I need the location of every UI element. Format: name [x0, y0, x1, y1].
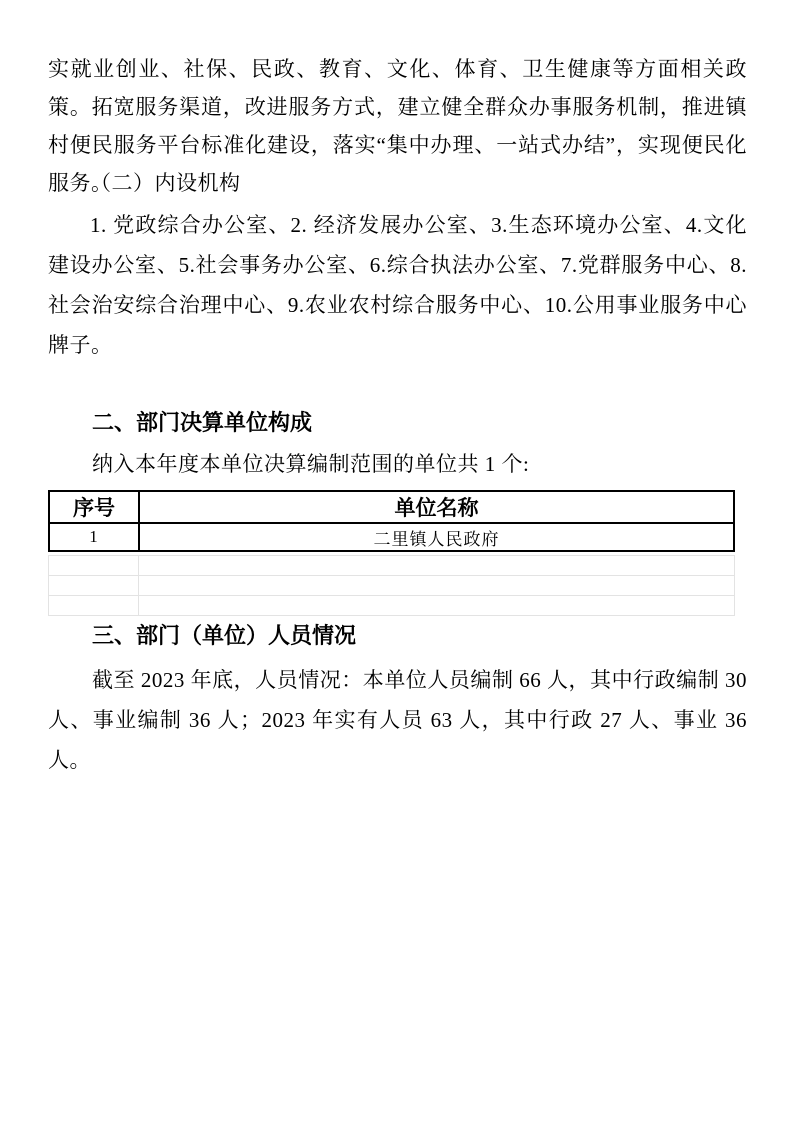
- empty-table-row: [49, 576, 735, 596]
- section3-heading: 三、部门（单位）人员情况: [48, 622, 747, 650]
- empty-table-row: [49, 596, 735, 616]
- subsection-heading-internal-orgs: （二）内设机构: [48, 164, 747, 202]
- unit-index-cell: 1: [49, 523, 139, 551]
- units-table: 序号 单位名称 1 二里镇人民政府: [48, 490, 735, 552]
- units-table-header-row: 序号 单位名称: [49, 491, 734, 523]
- document-page: 实就业创业、社保、民政、教育、文化、体育、卫生健康等方面相关政策。拓宽服务渠道，…: [0, 0, 793, 1122]
- empty-rows-table: [48, 555, 735, 616]
- section2-intro: 纳入本年度本单位决算编制范围的单位共 1 个:: [48, 450, 747, 478]
- unit-name-cell: 二里镇人民政府: [139, 523, 734, 551]
- units-table-header-index: 序号: [49, 491, 139, 523]
- empty-table-row: [49, 556, 735, 576]
- internal-orgs-list-paragraph: 1. 党政综合办公室、2. 经济发展办公室、3.生态环境办公室、4.文化建设办公…: [48, 205, 747, 365]
- personnel-paragraph: 截至 2023 年底，人员情况：本单位人员编制 66 人，其中行政编制 30 人…: [48, 660, 747, 780]
- section2-heading: 二、部门决算单位构成: [48, 409, 747, 437]
- units-table-header-name: 单位名称: [139, 491, 734, 523]
- units-table-row: 1 二里镇人民政府: [49, 523, 734, 551]
